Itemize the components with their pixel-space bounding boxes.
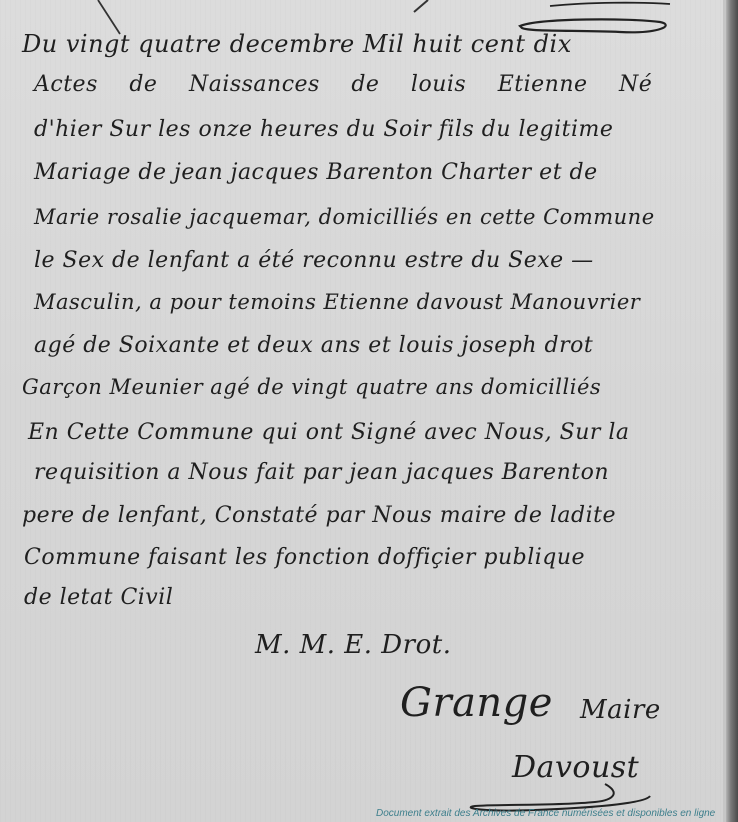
record-line-5: Marie rosalie jacquemar, domicilliés en … — [34, 205, 655, 229]
record-line-4: Mariage de jean jacques Barenton Charter… — [34, 160, 598, 185]
record-line-1: Du vingt quatre decembre Mil huit cent d… — [22, 30, 572, 58]
record-line-6: le Sex de lenfant a été reconnu estre du… — [34, 248, 594, 273]
record-line-7: Masculin, a pour temoins Etienne davoust… — [34, 290, 640, 314]
record-line-14: de letat Civil — [24, 585, 173, 610]
record-line-11: requisition a Nous fait par jean jacques… — [34, 460, 609, 485]
record-line-10: En Cette Commune qui ont Signé avec Nous… — [28, 420, 630, 445]
record-line-2: Actes de Naissances de louis Etienne Né — [34, 72, 652, 97]
record-line-13: Commune faisant les fonction doffiçier p… — [24, 545, 585, 570]
mayor-title: Maire — [580, 695, 661, 725]
stray-pen-stroke — [410, 0, 430, 14]
second-signature: Davoust — [512, 750, 639, 785]
page-binding-edge — [726, 0, 738, 822]
record-line-12: pere de lenfant, Constaté par Nous maire… — [22, 503, 616, 528]
record-line-3: d'hier Sur les onze heures du Soir fils … — [34, 117, 613, 142]
record-line-9: Garçon Meunier agé de vingt quatre ans d… — [22, 375, 601, 399]
archive-watermark: Document extrait des Archives de France … — [376, 808, 715, 819]
mayor-signature: Grange — [400, 680, 553, 726]
witness-signatures: M. M. E. Drot. — [255, 630, 451, 660]
record-line-8: agé de Soixante et deux ans et louis jos… — [34, 333, 593, 358]
